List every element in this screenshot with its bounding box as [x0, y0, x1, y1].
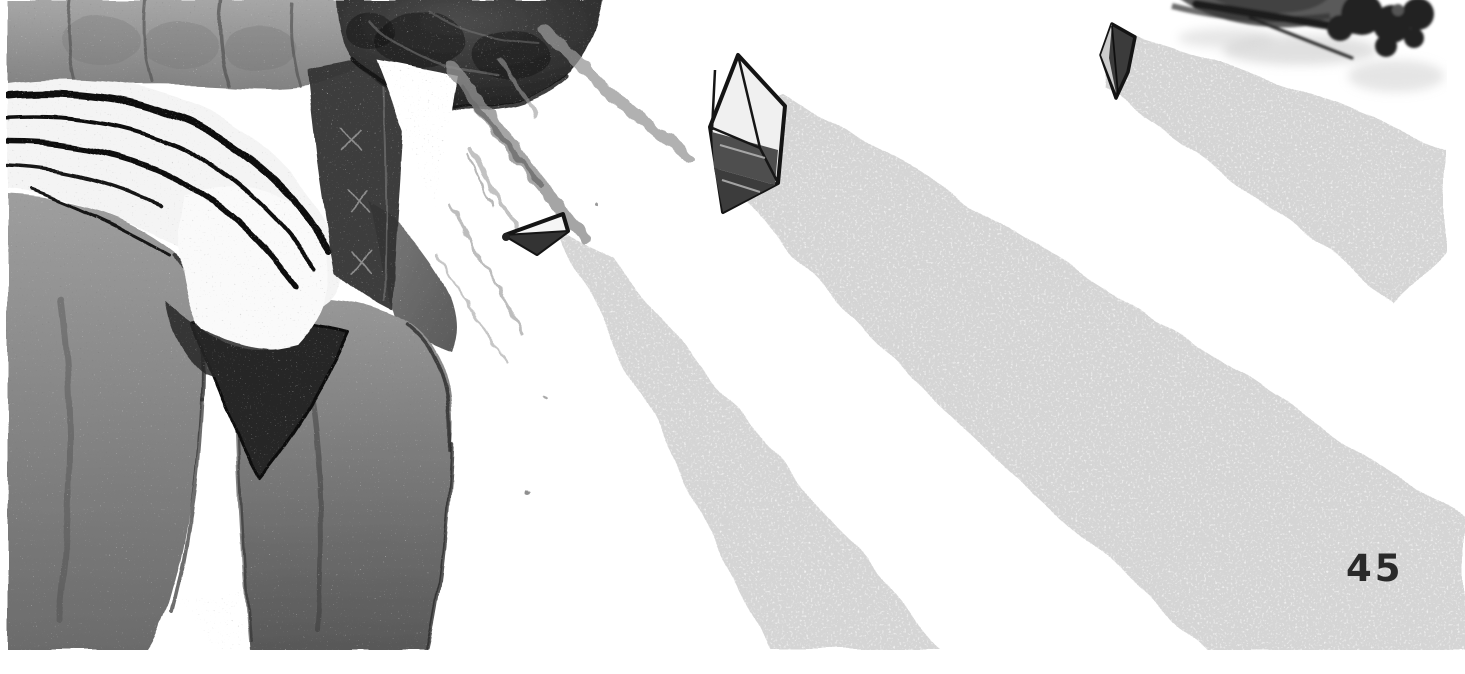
manga-artwork	[0, 0, 1465, 674]
bottom-margin	[0, 650, 1465, 674]
mist	[1348, 60, 1444, 92]
muscle-shading	[142, 21, 218, 69]
orb-shading	[345, 12, 395, 48]
knuckle-highlight	[1392, 4, 1404, 16]
page-number: 45	[1346, 547, 1416, 590]
manga-page: 45	[0, 0, 1465, 674]
crystal-tip	[502, 233, 510, 241]
ink-speck	[525, 488, 530, 493]
mist	[1178, 28, 1274, 48]
ink-speck	[544, 396, 548, 400]
muscle-shading	[224, 26, 296, 70]
muscle-shading	[60, 14, 140, 66]
right-margin	[1447, 46, 1465, 466]
left-thigh	[8, 195, 203, 650]
left-leg	[8, 195, 203, 650]
left-margin	[0, 0, 6, 674]
ink-speck	[594, 204, 598, 208]
